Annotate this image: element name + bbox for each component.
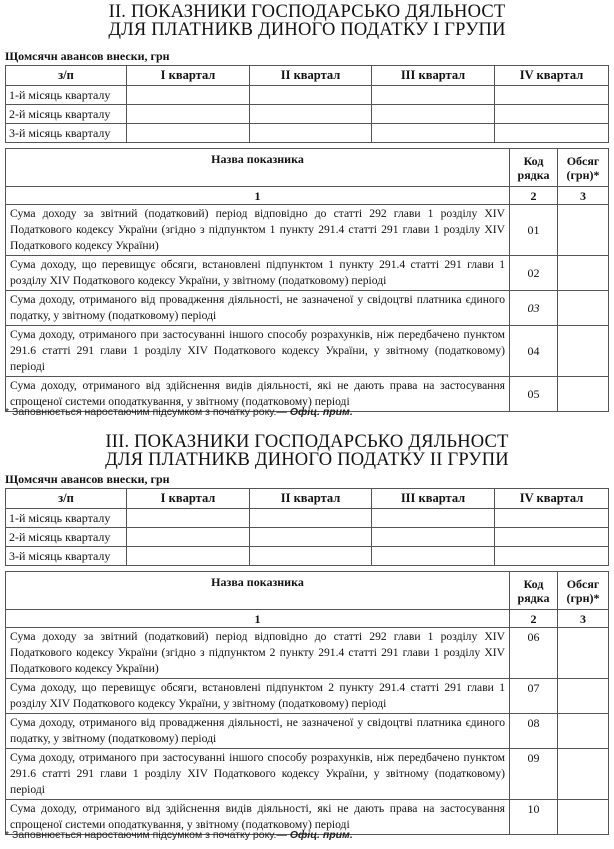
section-title-line1: II. ПОКАЗНИКИ ГОСПОДАРСЬКО ДЯЛЬНОСТ <box>0 3 614 21</box>
input-cell[interactable] <box>495 547 609 566</box>
table-row: 1-й місяць кварталу <box>6 509 609 528</box>
column-header: III квартал <box>372 489 495 509</box>
table-row: 1-й місяць кварталу <box>6 86 609 105</box>
column-header: IV квартал <box>495 66 609 86</box>
input-cell[interactable] <box>372 124 495 143</box>
amount-input-cell[interactable] <box>558 800 609 835</box>
row-code: 08 <box>510 714 558 749</box>
table-header-row: з/п I квартал II квартал III квартал IV … <box>6 66 609 86</box>
column-header: з/п <box>6 489 127 509</box>
row-label: 2-й місяць кварталу <box>6 528 127 547</box>
section-title-line2: ДЛЯ ПЛАТНИКВ ДИНОГО ПОДАТКУ I ГРУПИ <box>0 21 614 39</box>
table-row: Сума доходу, отриманого при застосуванні… <box>6 326 609 377</box>
input-cell[interactable] <box>127 105 250 124</box>
input-cell[interactable] <box>250 86 372 105</box>
row-code: 06 <box>510 628 558 679</box>
column-number: 3 <box>558 610 609 628</box>
input-cell[interactable] <box>127 124 250 143</box>
indicators-table: Назва показника Код рядка Обсяг (грн)* 1… <box>5 148 609 412</box>
advance-payments-label: Щомсячн авансов внески, грн <box>5 472 170 487</box>
input-cell[interactable] <box>250 509 372 528</box>
column-number: 1 <box>6 187 510 205</box>
table-row: Сума доходу за звітний (податковий) пері… <box>6 205 609 256</box>
column-header: з/п <box>6 66 127 86</box>
input-cell[interactable] <box>372 509 495 528</box>
indicator-name: Сума доходу за звітний (податковий) пері… <box>6 205 510 256</box>
table-row: Сума доходу, отриманого від провадження … <box>6 714 609 749</box>
column-header-name: Назва показника <box>6 572 510 610</box>
input-cell[interactable] <box>495 105 609 124</box>
amount-input-cell[interactable] <box>558 291 609 326</box>
row-code: 01 <box>510 205 558 256</box>
input-cell[interactable] <box>372 105 495 124</box>
footnote-text: * Заповнюється наростаючим підсумком з п… <box>5 829 290 841</box>
footnote: * Заповнюється наростаючим підсумком з п… <box>5 406 353 418</box>
row-code: 02 <box>510 256 558 291</box>
row-code: 10 <box>510 800 558 835</box>
row-code: 05 <box>510 377 558 412</box>
input-cell[interactable] <box>127 509 250 528</box>
indicator-name: Сума доходу, отриманого при застосуванні… <box>6 749 510 800</box>
input-cell[interactable] <box>250 547 372 566</box>
section-group-1: II. ПОКАЗНИКИ ГОСПОДАРСЬКО ДЯЛЬНОСТ ДЛЯ … <box>0 0 614 425</box>
amount-input-cell[interactable] <box>558 377 609 412</box>
amount-input-cell[interactable] <box>558 749 609 800</box>
input-cell[interactable] <box>372 547 495 566</box>
table-row: Сума доходу, що перевищує обсяги, встано… <box>6 256 609 291</box>
input-cell[interactable] <box>250 528 372 547</box>
column-header-amount: Обсяг (грн)* <box>558 149 609 187</box>
column-header-code: Код рядка <box>510 572 558 610</box>
column-header: II квартал <box>250 66 372 86</box>
amount-input-cell[interactable] <box>558 326 609 377</box>
table-header-row: Назва показника Код рядка Обсяг (грн)* <box>6 149 609 187</box>
column-header: II квартал <box>250 489 372 509</box>
column-header: III квартал <box>372 66 495 86</box>
amount-input-cell[interactable] <box>558 714 609 749</box>
footnote-text: * Заповнюється наростаючим підсумком з п… <box>5 406 290 418</box>
input-cell[interactable] <box>127 86 250 105</box>
column-header: IV квартал <box>495 489 609 509</box>
column-header-code: Код рядка <box>510 149 558 187</box>
column-header-name: Назва показника <box>6 149 510 187</box>
indicator-name: Сума доходу, що перевищує обсяги, встано… <box>6 256 510 291</box>
input-cell[interactable] <box>250 124 372 143</box>
indicator-name: Сума доходу, отриманого від провадження … <box>6 714 510 749</box>
section-title: II. ПОКАЗНИКИ ГОСПОДАРСЬКО ДЯЛЬНОСТ ДЛЯ … <box>0 3 614 39</box>
table-row: 3-й місяць кварталу <box>6 124 609 143</box>
table-row: Сума доходу, що перевищує обсяги, встано… <box>6 679 609 714</box>
row-code: 03 <box>510 291 558 326</box>
advance-payments-table: з/п I квартал II квартал III квартал IV … <box>5 65 609 143</box>
table-number-row: 1 2 3 <box>6 187 609 205</box>
input-cell[interactable] <box>372 86 495 105</box>
row-code: 07 <box>510 679 558 714</box>
input-cell[interactable] <box>495 528 609 547</box>
advance-payments-label: Щомсячн авансов внески, грн <box>5 49 170 64</box>
amount-input-cell[interactable] <box>558 679 609 714</box>
column-number: 2 <box>510 610 558 628</box>
input-cell[interactable] <box>495 509 609 528</box>
indicator-name: Сума доходу за звітний (податковий) пері… <box>6 628 510 679</box>
indicator-name: Сума доходу, отриманого при застосуванні… <box>6 326 510 377</box>
table-number-row: 1 2 3 <box>6 610 609 628</box>
row-code: 09 <box>510 749 558 800</box>
table-row: Сума доходу, отриманого при застосуванні… <box>6 749 609 800</box>
table-row: 2-й місяць кварталу <box>6 528 609 547</box>
footnote: * Заповнюється наростаючим підсумком з п… <box>5 829 353 841</box>
row-label: 1-й місяць кварталу <box>6 509 127 528</box>
input-cell[interactable] <box>127 547 250 566</box>
row-label: 1-й місяць кварталу <box>6 86 127 105</box>
advance-payments-table: з/п I квартал II квартал III квартал IV … <box>5 488 609 566</box>
amount-input-cell[interactable] <box>558 256 609 291</box>
input-cell[interactable] <box>495 124 609 143</box>
table-row: Сума доходу за звітний (податковий) пері… <box>6 628 609 679</box>
amount-input-cell[interactable] <box>558 628 609 679</box>
row-label: 3-й місяць кварталу <box>6 124 127 143</box>
row-label: 2-й місяць кварталу <box>6 105 127 124</box>
table-row: 2-й місяць кварталу <box>6 105 609 124</box>
input-cell[interactable] <box>127 528 250 547</box>
indicator-name: Сума доходу, що перевищує обсяги, встано… <box>6 679 510 714</box>
indicators-table: Назва показника Код рядка Обсяг (грн)* 1… <box>5 571 609 835</box>
amount-input-cell[interactable] <box>558 205 609 256</box>
table-header-row: Назва показника Код рядка Обсяг (грн)* <box>6 572 609 610</box>
footnote-source: Офіц. прим. <box>290 406 353 418</box>
input-cell[interactable] <box>495 86 609 105</box>
column-number: 3 <box>558 187 609 205</box>
column-header-amount: Обсяг (грн)* <box>558 572 609 610</box>
column-number: 1 <box>6 610 510 628</box>
table-row: Сума доходу, отриманого від провадження … <box>6 291 609 326</box>
table-header-row: з/п I квартал II квартал III квартал IV … <box>6 489 609 509</box>
column-header: I квартал <box>127 66 250 86</box>
section-title-line1: III. ПОКАЗНИКИ ГОСПОДАРСЬКО ДЯЛЬНОСТ <box>0 433 614 451</box>
column-header: I квартал <box>127 489 250 509</box>
footnote-source: Офіц. прим. <box>290 829 353 841</box>
table-row: 3-й місяць кварталу <box>6 547 609 566</box>
row-code: 04 <box>510 326 558 377</box>
section-group-2: III. ПОКАЗНИКИ ГОСПОДАРСЬКО ДЯЛЬНОСТ ДЛЯ… <box>0 433 614 849</box>
section-title: III. ПОКАЗНИКИ ГОСПОДАРСЬКО ДЯЛЬНОСТ ДЛЯ… <box>0 433 614 469</box>
indicator-name: Сума доходу, отриманого від провадження … <box>6 291 510 326</box>
column-number: 2 <box>510 187 558 205</box>
section-title-line2: ДЛЯ ПЛАТНИКВ ДИНОГО ПОДАТКУ II ГРУПИ <box>0 451 614 469</box>
row-label: 3-й місяць кварталу <box>6 547 127 566</box>
input-cell[interactable] <box>250 105 372 124</box>
input-cell[interactable] <box>372 528 495 547</box>
